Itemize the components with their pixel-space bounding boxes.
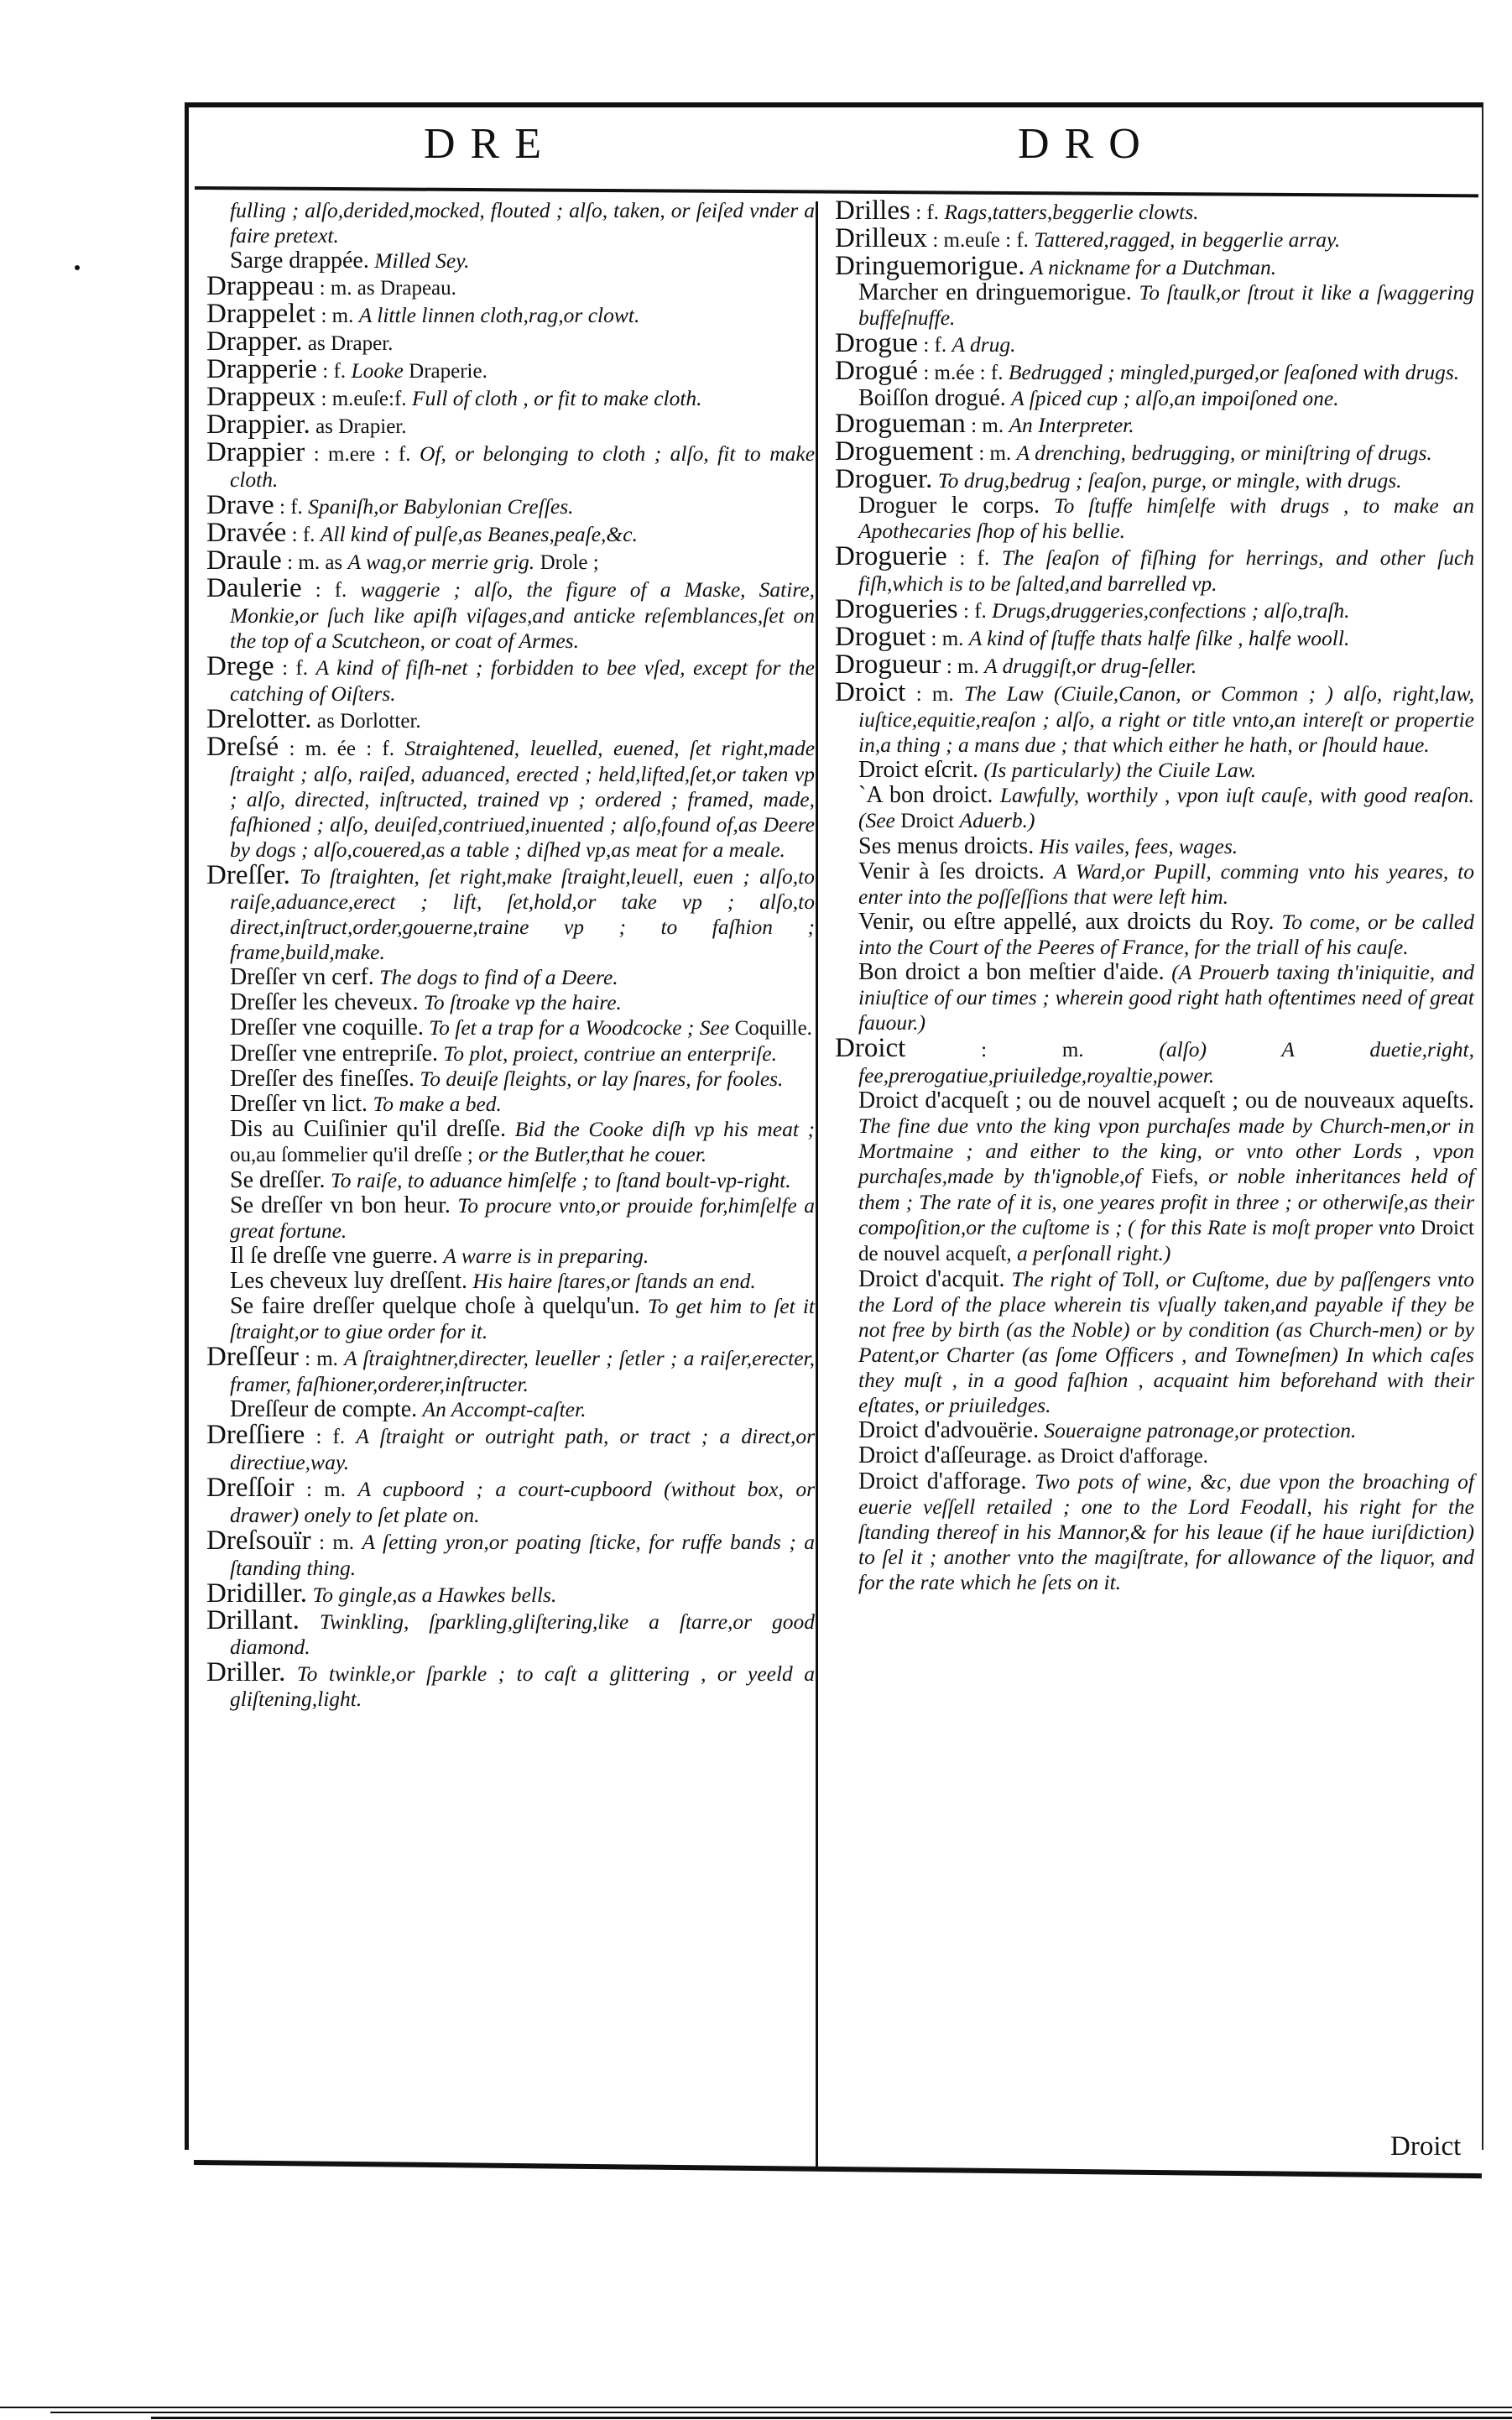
dictionary-entry: Drappeux : m.euſe:f. Full of cloth , or … bbox=[206, 384, 815, 412]
dictionary-entry: Daulerie : f. waggerie ; alſo, the figur… bbox=[206, 576, 815, 654]
cross-reference: Droict d'afforage. bbox=[1061, 1445, 1208, 1468]
headword: Drogué bbox=[835, 356, 918, 386]
grammar-label: : f. bbox=[963, 600, 987, 623]
dictionary-entry: Drogueries : f. Drugs,druggeries,confect… bbox=[835, 597, 1474, 624]
grammar-label: : m. bbox=[321, 305, 353, 327]
dictionary-entry: Dravée : f. All kind of pulſe,as Beanes,… bbox=[206, 520, 815, 548]
grammar-label: : f. bbox=[322, 360, 346, 383]
sub-entry: Dreſſer vn cerf. The dogs to find of a D… bbox=[206, 965, 815, 990]
definition: A drenching, bedrugging, or miniſtring o… bbox=[1017, 441, 1432, 465]
definition: A nickname for a Dutchman. bbox=[1030, 255, 1276, 279]
dictionary-entry: Dreſſoir : m. A cupboord ; a court-cupbo… bbox=[206, 1475, 815, 1528]
headword: Ses menus droicts. bbox=[858, 833, 1034, 859]
headword: Driller. bbox=[206, 1657, 285, 1687]
sub-entry: Droict eſcrit. (Is particularly) the Ciu… bbox=[835, 758, 1474, 783]
cross-reference: Draperie. bbox=[409, 360, 487, 383]
sub-entry: Venir, ou eſtre appellé, aux droicts du … bbox=[835, 910, 1474, 960]
definition: (Is particularly) the Ciuile Law. bbox=[983, 758, 1256, 782]
grammar-label: : m. bbox=[978, 442, 1011, 465]
sub-entry: Dreſſer vne entrepriſe. To plot, proiect… bbox=[206, 1041, 815, 1067]
headword: Dreſſer des fineſſes. bbox=[230, 1066, 414, 1092]
definition: Spaniſh,or Babylonian Creſſes. bbox=[308, 494, 573, 519]
sub-entry: Venir à ſes droicts. A Ward,or Pupill, c… bbox=[835, 859, 1474, 910]
headword: Bon droict a bon meſtier d'aide. bbox=[858, 959, 1165, 985]
definition: a perſonall right.) bbox=[1017, 1241, 1170, 1265]
dictionary-entry: Dreſſer. To ſtraighten, ſet right,make ſ… bbox=[206, 863, 815, 965]
headword: Droict eſcrit. bbox=[858, 757, 978, 783]
definition: or the Butler,that he couer. bbox=[478, 1142, 706, 1166]
grammar-label: : f. bbox=[923, 334, 946, 357]
grammar-label: : f. bbox=[959, 547, 989, 570]
headword: `A bon droict. bbox=[858, 782, 993, 808]
definition: To twinkle,or ſparkle ; to caſt a glitte… bbox=[230, 1661, 815, 1711]
headword: Droguer le corps. bbox=[858, 493, 1040, 519]
dictionary-entry: Droguet : m. A kind of ſtuffe thats half… bbox=[835, 624, 1474, 652]
headword: Dravée bbox=[206, 518, 286, 548]
headword: Drapperie bbox=[206, 354, 317, 384]
sub-entry: Se faire dreſſer quelque choſe à quelqu'… bbox=[206, 1294, 815, 1344]
dictionary-entry: Dridiller. To gingle,as a Hawkes bells. bbox=[206, 1581, 815, 1608]
definition: fulling ; alſo,derided,mocked, flouted ;… bbox=[230, 198, 815, 248]
grammar-label: : m. bbox=[305, 1348, 338, 1370]
grammar-label: : m. bbox=[981, 1039, 1083, 1061]
definition: His vailes, fees, wages. bbox=[1040, 834, 1238, 858]
dictionary-entry: Drillant. Twinkling, ſparkling,gliſterin… bbox=[206, 1608, 815, 1660]
headword: Drilleux bbox=[835, 223, 927, 253]
headword: Dridiller. bbox=[206, 1578, 307, 1609]
sub-entry: Droict d'afforage. Two pots of wine, &c,… bbox=[835, 1469, 1474, 1595]
dictionary-entry: Drapperie : f. Looke Draperie. bbox=[206, 357, 815, 384]
headword: Drappier. bbox=[206, 409, 310, 440]
definition: A little linnen cloth,rag,or clowt. bbox=[359, 303, 640, 327]
definition: An Interpreter. bbox=[1009, 413, 1134, 437]
grammar-label: : m.euſe : f. bbox=[932, 229, 1029, 252]
headword: Dreſſeur bbox=[206, 1342, 299, 1372]
dictionary-entry: Drappeau : m. as Drapeau. bbox=[206, 274, 815, 301]
headword: Boiſſon drogué. bbox=[858, 385, 1006, 411]
headword: Dreſsouïr bbox=[206, 1526, 311, 1556]
stray-ink-dot bbox=[75, 265, 80, 270]
grammar-label: as bbox=[308, 332, 326, 355]
headword: Drogueman bbox=[835, 409, 966, 439]
cross-reference: ou,au ſommelier qu'il dreſſe ; bbox=[230, 1144, 473, 1166]
dictionary-entry: Drappier : m.ere : f. Of, or belonging t… bbox=[206, 440, 815, 493]
headword: Drapper. bbox=[206, 326, 303, 357]
definition: A drug. bbox=[952, 332, 1016, 357]
sub-entry: Se dreſſer vn bon heur. To procure vnto,… bbox=[206, 1193, 815, 1244]
bottom-rule bbox=[194, 2160, 1482, 2178]
sub-entry: Dreſſer vn lict. To make a bed. bbox=[206, 1092, 815, 1117]
headword: Droict d'advouërie. bbox=[858, 1417, 1039, 1443]
dictionary-entry: Droict : m. The Law (Ciuile,Canon, or Co… bbox=[835, 680, 1474, 758]
definition: Milled Sey. bbox=[374, 248, 469, 273]
definition: A ſetting yron,or poating ſticke, for ru… bbox=[230, 1530, 815, 1580]
headword: Dreſſeur de compte. bbox=[230, 1396, 417, 1422]
definition: (alſo) A duetie,right, fee,prerogatiue,p… bbox=[858, 1037, 1474, 1087]
definition: Aduerb.) bbox=[960, 808, 1035, 832]
headword: Draule bbox=[206, 545, 282, 576]
headword: Venir à ſes droicts. bbox=[858, 858, 1045, 884]
sub-entry: Dreſſeur de compte. An Accompt-caſter. bbox=[206, 1397, 815, 1422]
sub-entry: Dreſſer les cheveux. To ſtroake vp the h… bbox=[206, 990, 815, 1015]
continued-entry: fulling ; alſo,derided,mocked, flouted ;… bbox=[206, 198, 815, 248]
headword: Il ſe dreſſe vne guerre. bbox=[230, 1243, 438, 1269]
grammar-label: as bbox=[1038, 1445, 1056, 1468]
grammar-label: : m. as bbox=[320, 277, 375, 300]
dictionary-entry: Drappier. as Drapier. bbox=[206, 412, 815, 440]
headword: Drappeau bbox=[206, 271, 314, 301]
definition: Bedrugged ; mingled,purged,or ſeaſoned w… bbox=[1009, 360, 1459, 384]
definition: Bid the Cooke diſh vp his meat ; bbox=[515, 1117, 815, 1141]
sub-entry: Marcher en dringuemorigue. To ſtaulk,or … bbox=[835, 280, 1474, 331]
dictionary-entry: Droguerie : f. The ſeaſon of fiſhing for… bbox=[835, 544, 1474, 597]
headword: Drappier bbox=[206, 437, 305, 467]
definition: A warre is in preparing. bbox=[443, 1244, 649, 1268]
headword: Dreſſoir bbox=[206, 1473, 294, 1503]
sub-entry: Sarge drappée. Milled Sey. bbox=[206, 248, 815, 274]
grammar-label: : m.euſe:f. bbox=[321, 388, 407, 410]
dictionary-entry: Droict : m. (alſo) A duetie,right, fee,p… bbox=[835, 1035, 1474, 1088]
dictionary-entry: Drogueman : m. An Interpreter. bbox=[835, 411, 1474, 439]
headword: Drilles bbox=[835, 196, 910, 226]
headword: Droguement bbox=[835, 436, 973, 467]
headword: Drillant. bbox=[206, 1605, 300, 1635]
grammar-label: : f. bbox=[315, 579, 347, 602]
definition: Soueraigne patronage,or protection. bbox=[1044, 1418, 1356, 1442]
cross-reference: Drapier. bbox=[338, 415, 406, 438]
dictionary-entry: Dreſſiere : f. A ſtraight or outright pa… bbox=[206, 1422, 815, 1475]
dictionary-entry: Draule : m. as A wag,or merrie grig. Dro… bbox=[206, 548, 815, 576]
headword: Dis au Cuiſinier qu'il dreſſe. bbox=[230, 1116, 506, 1142]
definition: To make a bed. bbox=[373, 1092, 501, 1116]
left-column: fulling ; alſo,derided,mocked, flouted ;… bbox=[206, 198, 815, 1712]
cross-reference: Drapeau. bbox=[380, 277, 456, 300]
grammar-label: : f. bbox=[915, 201, 939, 224]
headword: Droict bbox=[835, 1033, 905, 1063]
headword: Dreſſer vne entrepriſe. bbox=[230, 1040, 438, 1067]
definition: To plot, proiect, contriue an enterpriſe… bbox=[443, 1041, 777, 1066]
dictionary-entry: Drogué : m.ée : f. Bedrugged ; mingled,p… bbox=[835, 358, 1474, 386]
cross-reference: Draper. bbox=[331, 332, 393, 355]
headword: Droict bbox=[835, 677, 905, 707]
sub-entry: Droguer le corps. To ſtuffe himſelfe wit… bbox=[835, 493, 1474, 544]
headword: Dreſſer vn lict. bbox=[230, 1091, 368, 1117]
right-column: Drilles : f. Rags,tatters,beggerlie clow… bbox=[835, 198, 1474, 1595]
headword: Dreſſer vne coquille. bbox=[230, 1014, 424, 1040]
headword: Drogueur bbox=[835, 649, 941, 680]
dictionary-entry: Drilleux : m.euſe : f. Tattered,ragged, … bbox=[835, 226, 1474, 253]
running-head-left: DRE bbox=[424, 119, 556, 169]
grammar-label: : m. bbox=[931, 628, 964, 650]
grammar-label: : m. bbox=[971, 415, 1004, 437]
definition: A kind of ſtuffe thats halfe ſilke , hal… bbox=[969, 626, 1350, 650]
dictionary-entry: Driller. To twinkle,or ſparkle ; to caſt… bbox=[206, 1660, 815, 1712]
definition: To gingle,as a Hawkes bells. bbox=[312, 1583, 556, 1607]
definition: To raiſe, to aduance himſelfe ; to ſtand… bbox=[331, 1168, 791, 1192]
headword: Droguet bbox=[835, 622, 925, 652]
cross-reference: Fiefs, bbox=[1151, 1166, 1198, 1188]
dictionary-entry: Drege : f. A kind of fiſh-net ; forbidde… bbox=[206, 654, 815, 707]
grammar-label: : f. bbox=[282, 657, 308, 680]
sub-entry: Ses menus droicts. His vailes, fees, wag… bbox=[835, 834, 1474, 859]
grammar-label: : m.ere : f. bbox=[314, 443, 411, 466]
dictionary-entry: Dringuemorigue. A nickname for a Dutchma… bbox=[835, 253, 1474, 280]
sub-entry: Dis au Cuiſinier qu'il dreſſe. Bid the C… bbox=[206, 1117, 815, 1168]
headword: Drappeux bbox=[206, 382, 315, 412]
headword: Dreſſer. bbox=[206, 860, 290, 890]
headword: Droict d'acquit. bbox=[858, 1266, 1005, 1292]
headword: Se dreſſer vn bon heur. bbox=[230, 1192, 451, 1218]
dictionary-entry: Dreſsouïr : m. A ſetting yron,or poating… bbox=[206, 1528, 815, 1581]
headword: Se faire dreſſer quelque choſe à quelqu'… bbox=[230, 1293, 640, 1319]
definition: Drugs,druggeries,confections ; alſo,traſ… bbox=[992, 598, 1349, 623]
headword: Sarge drappée. bbox=[230, 248, 369, 274]
sub-entry: Les cheveux luy dreſſent. His haire ſtar… bbox=[206, 1269, 815, 1294]
dictionary-entry: Droguer. To drug,bedrug ; ſeaſon, purge,… bbox=[835, 467, 1474, 493]
sub-entry: Droict d'acquit. The right of Toll, or C… bbox=[835, 1267, 1474, 1418]
scan-edge-bars bbox=[0, 2407, 1512, 2420]
grammar-label: : m. ée : f. bbox=[289, 738, 394, 760]
headword: Drappelet bbox=[206, 299, 315, 329]
sub-entry: `A bon droict. Lawfully, worthily , vpon… bbox=[835, 783, 1474, 834]
headword: Drave bbox=[206, 490, 274, 520]
headword: Dreſſiere bbox=[206, 1420, 305, 1450]
definition: Looke bbox=[351, 358, 403, 383]
definition: An Accompt-caſter. bbox=[423, 1397, 587, 1421]
grammar-label: : f. bbox=[279, 496, 303, 519]
definition: Full of cloth , or fit to make cloth. bbox=[412, 386, 702, 410]
headword: Droict d'acqueſt ; ou de nouvel acqueſt … bbox=[858, 1087, 1474, 1114]
grammar-label: : m. bbox=[916, 683, 954, 706]
headword: Marcher en dringuemorigue. bbox=[858, 279, 1132, 305]
dictionary-entry: Droguement : m. A drenching, bedrugging,… bbox=[835, 439, 1474, 467]
dictionary-entry: Dreſſeur : m. A ſtraightner,directer, le… bbox=[206, 1344, 815, 1397]
grammar-label: : m. bbox=[319, 1531, 354, 1554]
sub-entry: Droict d'aſſeurage. as Droict d'afforage… bbox=[835, 1443, 1474, 1469]
headword: Drege bbox=[206, 651, 274, 681]
definition: A wag,or merrie grig. bbox=[348, 550, 535, 574]
sub-entry: Boiſſon drogué. A ſpiced cup ; alſo,an i… bbox=[835, 386, 1474, 411]
cross-reference: Coquille. bbox=[735, 1017, 812, 1040]
grammar-label: : f. bbox=[315, 1426, 345, 1448]
dictionary-entry: Drappelet : m. A little linnen cloth,rag… bbox=[206, 301, 815, 329]
definition: To drug,bedrug ; ſeaſon, purge, or mingl… bbox=[938, 468, 1402, 493]
dictionary-entry: Dreſsé : m. ée : f. Straightened, leuell… bbox=[206, 734, 815, 863]
sub-entry: Il ſe dreſſe vne guerre. A warre is in p… bbox=[206, 1244, 815, 1269]
headword: Drelotter. bbox=[206, 704, 312, 734]
dictionary-entry: Drapper. as Draper. bbox=[206, 329, 815, 357]
dictionary-entry: Drogueur : m. A druggiſt,or drug-ſeller. bbox=[835, 652, 1474, 680]
cross-reference: Dorlotter. bbox=[340, 710, 421, 733]
dictionary-entry: Drogue : f. A drug. bbox=[835, 331, 1474, 358]
sub-entry: Dreſſer vne coquille. To ſet a trap for … bbox=[206, 1015, 815, 1041]
headword: Droguerie bbox=[835, 541, 947, 571]
headword: Dringuemorigue. bbox=[835, 251, 1025, 281]
headword: Droguer. bbox=[835, 464, 932, 494]
headword: Dreſſer les cheveux. bbox=[230, 989, 419, 1015]
grammar-label: as bbox=[317, 710, 335, 733]
headword: Drogue bbox=[835, 328, 918, 358]
definition: A kind of fiſh-net ; forbidden to bee vſ… bbox=[230, 655, 815, 706]
headword: Dreſsé bbox=[206, 732, 279, 762]
cross-reference: Drole ; bbox=[540, 551, 599, 574]
running-head-right: DRO bbox=[1018, 119, 1155, 169]
headword: Daulerie bbox=[206, 573, 302, 603]
dictionary-entry: Drilles : f. Rags,tatters,beggerlie clow… bbox=[835, 198, 1474, 226]
headword: Drogueries bbox=[835, 594, 958, 624]
grammar-label: : m. as bbox=[287, 551, 342, 574]
dictionary-entry: Drave : f. Spaniſh,or Babylonian Creſſes… bbox=[206, 493, 815, 520]
definition: The dogs to find of a Deere. bbox=[379, 965, 618, 989]
column-divider bbox=[816, 201, 818, 2169]
grammar-label: : m. bbox=[306, 1479, 346, 1501]
headword: Dreſſer vn cerf. bbox=[230, 964, 374, 990]
sub-entry: Droict d'acqueſt ; ou de nouvel acqueſt … bbox=[835, 1088, 1474, 1267]
definition: To deuiſe ſleights, or lay ſnares, for f… bbox=[420, 1067, 783, 1091]
sub-entry: Dreſſer des fineſſes. To deuiſe ſleights… bbox=[206, 1067, 815, 1092]
grammar-label: : m. bbox=[946, 655, 979, 678]
headword: Droict d'aſſeurage. bbox=[858, 1442, 1032, 1468]
definition: Tattered,ragged, in beggerlie array. bbox=[1034, 227, 1340, 252]
definition: Rags,tatters,beggerlie clowts. bbox=[944, 200, 1198, 224]
definition: Twinkling, ſparkling,gliſtering,like a ſ… bbox=[230, 1609, 815, 1659]
sub-entry: Droict d'advouërie. Soueraigne patronage… bbox=[835, 1418, 1474, 1443]
definition: The ſeaſon of fiſhing for herrings, and … bbox=[858, 545, 1474, 596]
headword: Les cheveux luy dreſſent. bbox=[230, 1268, 467, 1294]
dictionary-entry: Drelotter. as Dorlotter. bbox=[206, 707, 815, 734]
headword: Se dreſſer. bbox=[230, 1167, 326, 1193]
grammar-label: as bbox=[315, 415, 333, 438]
running-head: DRE DRO bbox=[189, 117, 1481, 185]
definition: To ſtraighten, ſet right,make ſtraight,l… bbox=[230, 864, 815, 964]
headword: Droict d'afforage. bbox=[858, 1468, 1027, 1494]
sub-entry: Bon droict a bon meſtier d'aide. (A Prou… bbox=[835, 960, 1474, 1035]
sub-entry: Se dreſſer. To raiſe, to aduance himſelf… bbox=[206, 1168, 815, 1193]
grammar-label: : f. bbox=[292, 524, 315, 546]
definition: To ſet a trap for a Woodcocke ; See bbox=[429, 1015, 729, 1040]
catchword: Droict bbox=[1390, 2131, 1461, 2162]
grammar-label: : m.ée : f. bbox=[923, 362, 1003, 384]
headword: Venir, ou eſtre appellé, aux droicts du … bbox=[858, 909, 1275, 935]
definition: His haire ſtares,or ſtands an end. bbox=[472, 1269, 755, 1293]
definition: A druggiſt,or drug-ſeller. bbox=[984, 654, 1197, 678]
definition: All kind of pulſe,as Beanes,peaſe,&c. bbox=[321, 522, 638, 546]
cross-reference: Droict bbox=[900, 810, 954, 832]
definition: To ſtroake vp the haire. bbox=[424, 990, 622, 1014]
definition: A ſpiced cup ; alſo,an impoiſoned one. bbox=[1011, 386, 1338, 410]
